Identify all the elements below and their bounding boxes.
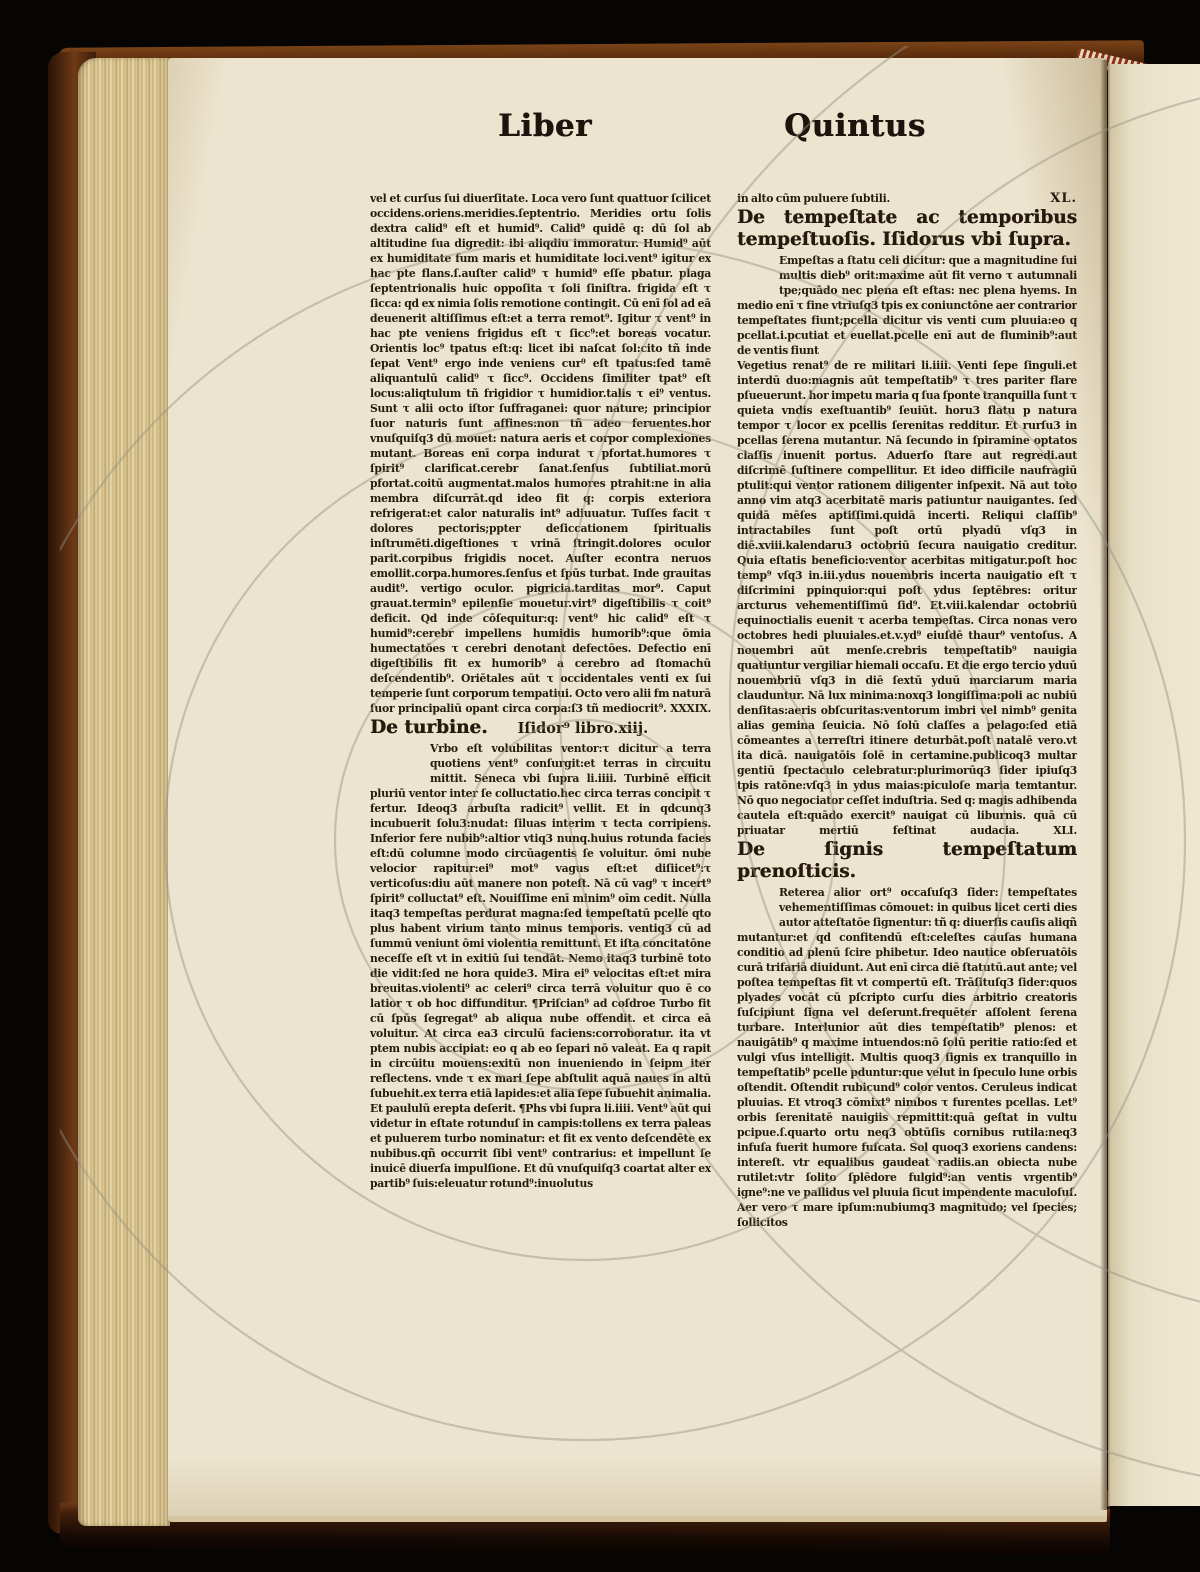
gutter-shadow: [1100, 60, 1110, 1510]
page-stack-fore-edge: [78, 58, 170, 1526]
paragraph-tempestas: Empeſtas a ſtatu celi dicitur: que a mag…: [737, 253, 1077, 358]
paragraph-turbo: Vrbo eſt volubilitas ventor:τ dicitur a …: [370, 741, 711, 1191]
text-column-right: in alto cūm puluere ſubtili. XL. De temp…: [737, 191, 1077, 1297]
chapter-number-xl: XL.: [1050, 191, 1077, 206]
section-heading-de-signis: De ſignis tempeſtatum prenoſticis.: [737, 839, 1077, 883]
paragraph-winds: vel et curſus ſui diuerſitate. Loca vero…: [370, 191, 711, 716]
first-line-text: in alto cūm puluere ſubtili.: [737, 191, 890, 206]
section-heading-de-turbine: De turbine. Iſidor⁹ libro.xiij.: [370, 717, 711, 739]
running-header-liber: Liber: [498, 108, 592, 144]
facing-page-sliver: [1108, 64, 1200, 1506]
section-source-isidor: Iſidor⁹ libro.xiij.: [518, 721, 649, 736]
text-column-left: vel et curſus ſui diuerſitate. Loca vero…: [370, 191, 711, 1297]
running-header-quintus: Quintus: [784, 108, 926, 144]
column-first-line: in alto cūm puluere ſubtili. XL.: [737, 191, 1077, 206]
photo-background: Liber Quintus vel et curſus ſui diuerſit…: [0, 0, 1200, 1572]
paragraph-vegetius: Vegetius renat⁹ de re militari li.iiii. …: [737, 358, 1077, 838]
section-title-de-turbine: De turbine.: [370, 717, 488, 739]
book-page: Liber Quintus vel et curſus ſui diuerſit…: [168, 58, 1107, 1522]
section-heading-de-tempestate: De tempeſtate ac temporibus tempeſtuoſis…: [737, 207, 1077, 251]
paragraph-preterea: Reterea alior ort⁹ occaſuſq3 ſider: temp…: [737, 885, 1077, 1230]
